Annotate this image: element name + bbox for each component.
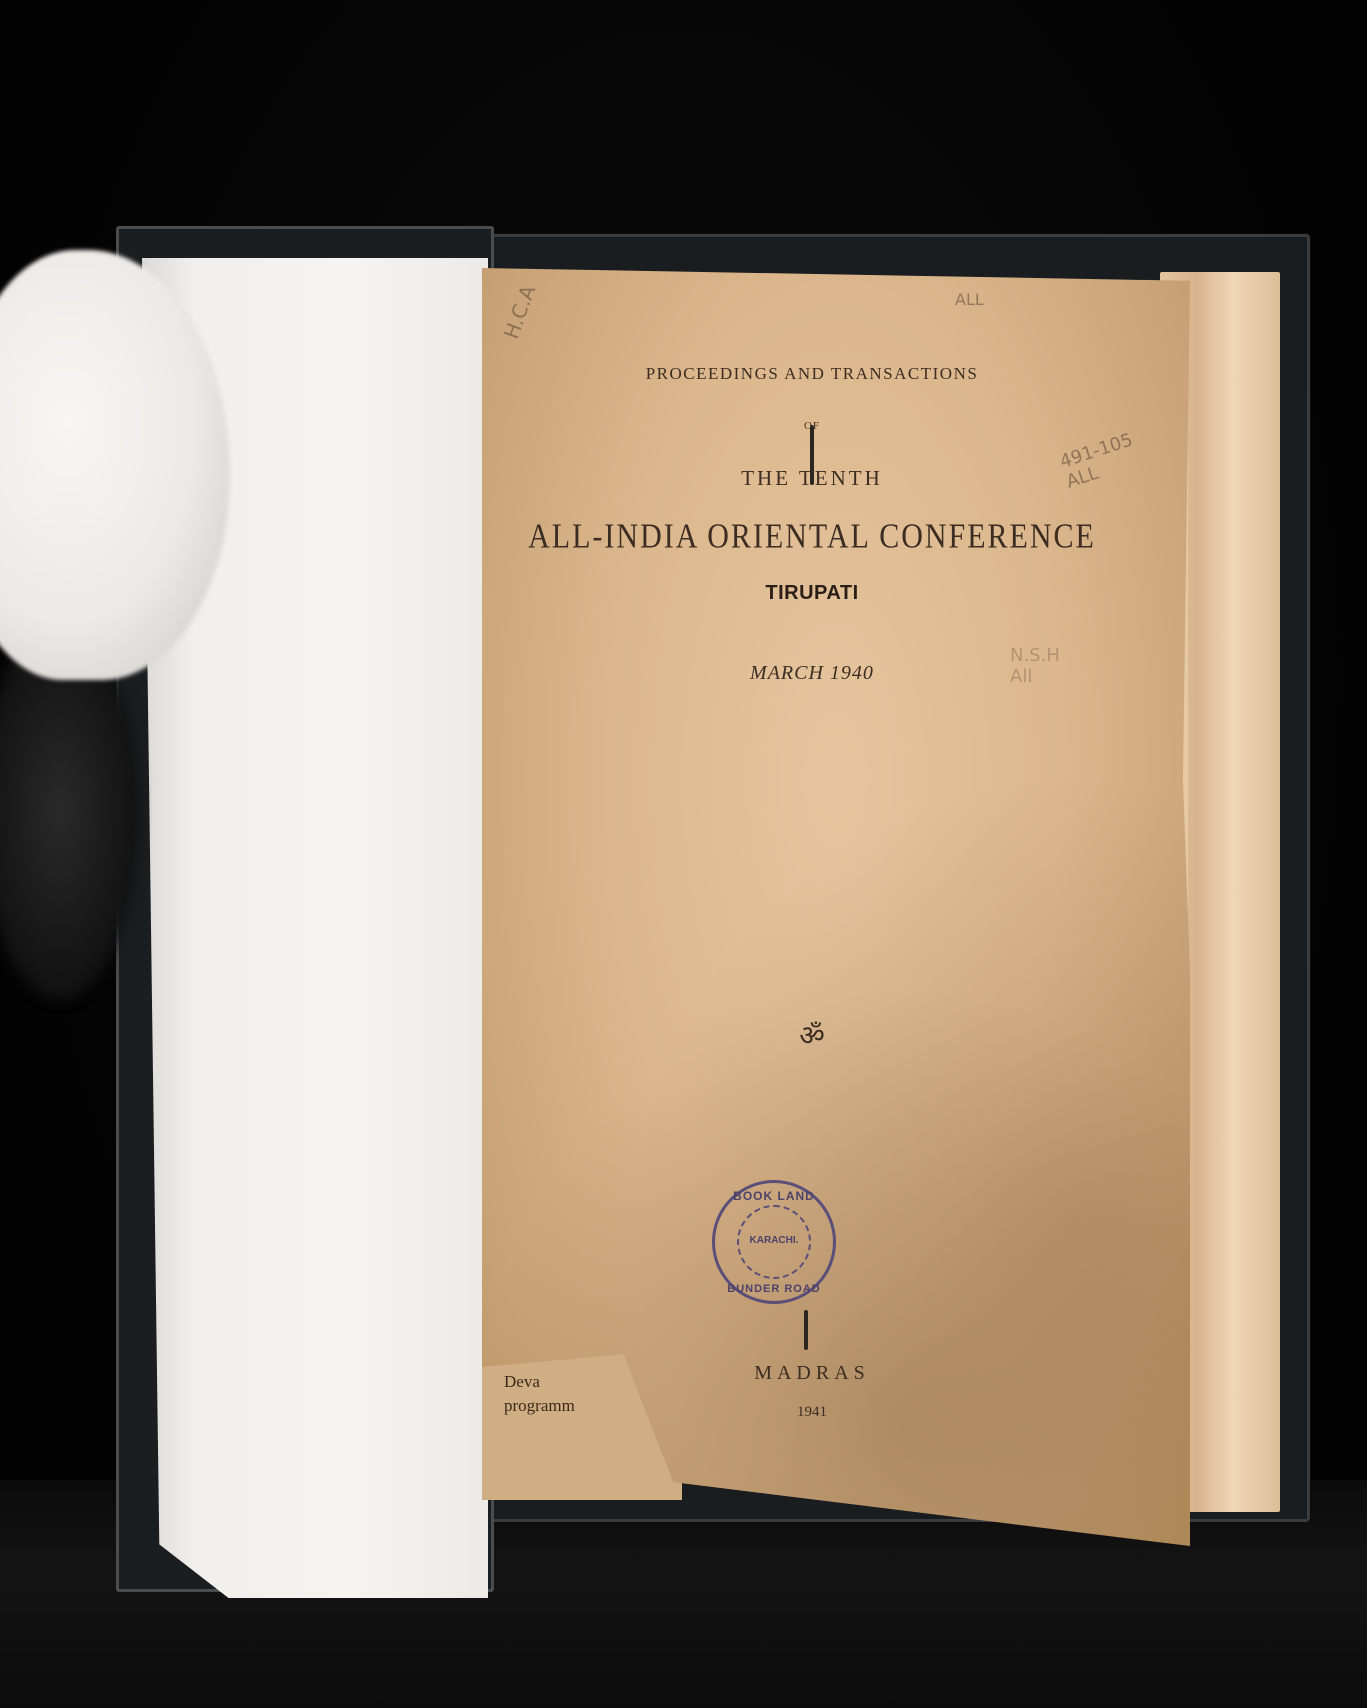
title-line-tenth: THE TENTH (482, 466, 1142, 491)
ink-stain-lower (804, 1310, 808, 1350)
stamp-center-text: KARACHI. (715, 1235, 833, 1246)
title-line-proceedings: PROCEEDINGS AND TRANSACTIONS (482, 364, 1142, 384)
title-line-location: TIRUPATI (482, 582, 1142, 605)
pencil-mark-top-right: ALL (955, 290, 984, 309)
stamp-top-text: BOOK LAND (715, 1189, 833, 1203)
title-line-date: MARCH 1940 (482, 662, 1142, 685)
publisher-place: MADRAS (482, 1362, 1142, 1385)
publisher-year: 1941 (482, 1404, 1142, 1421)
title-line-conference: ALL-INDIA ORIENTAL CONFERENCE (482, 517, 1142, 556)
bookseller-stamp: BOOK LAND KARACHI. BUNDER ROAD (712, 1180, 836, 1304)
title-line-of: OF (482, 420, 1142, 432)
ornament-icon: ॐ (482, 1016, 1142, 1054)
stamp-bottom-text: BUNDER ROAD (715, 1283, 833, 1295)
